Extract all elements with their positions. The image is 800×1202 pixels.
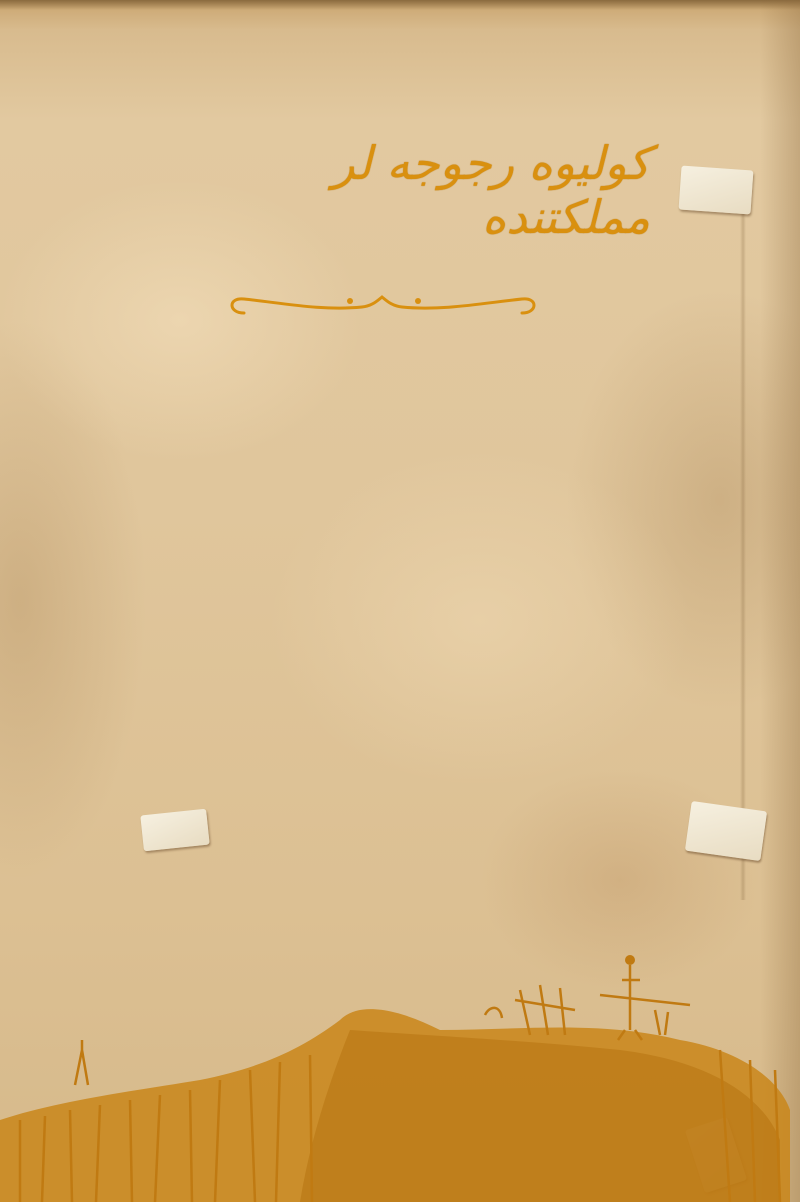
tape-mid-left <box>140 809 209 852</box>
worn-top-edge <box>0 0 800 10</box>
cover-title: كوليوه رجوجه لر مملكتنده <box>150 120 650 260</box>
tape-mid-right <box>685 801 767 861</box>
tape-top-right <box>679 166 754 215</box>
book-cover: كوليوه رجوجه لر مملكتنده <box>0 0 800 1202</box>
golden-landscape-illustration <box>0 940 800 1202</box>
flourish-ornament-icon <box>222 287 544 321</box>
paper-crease <box>740 200 746 900</box>
